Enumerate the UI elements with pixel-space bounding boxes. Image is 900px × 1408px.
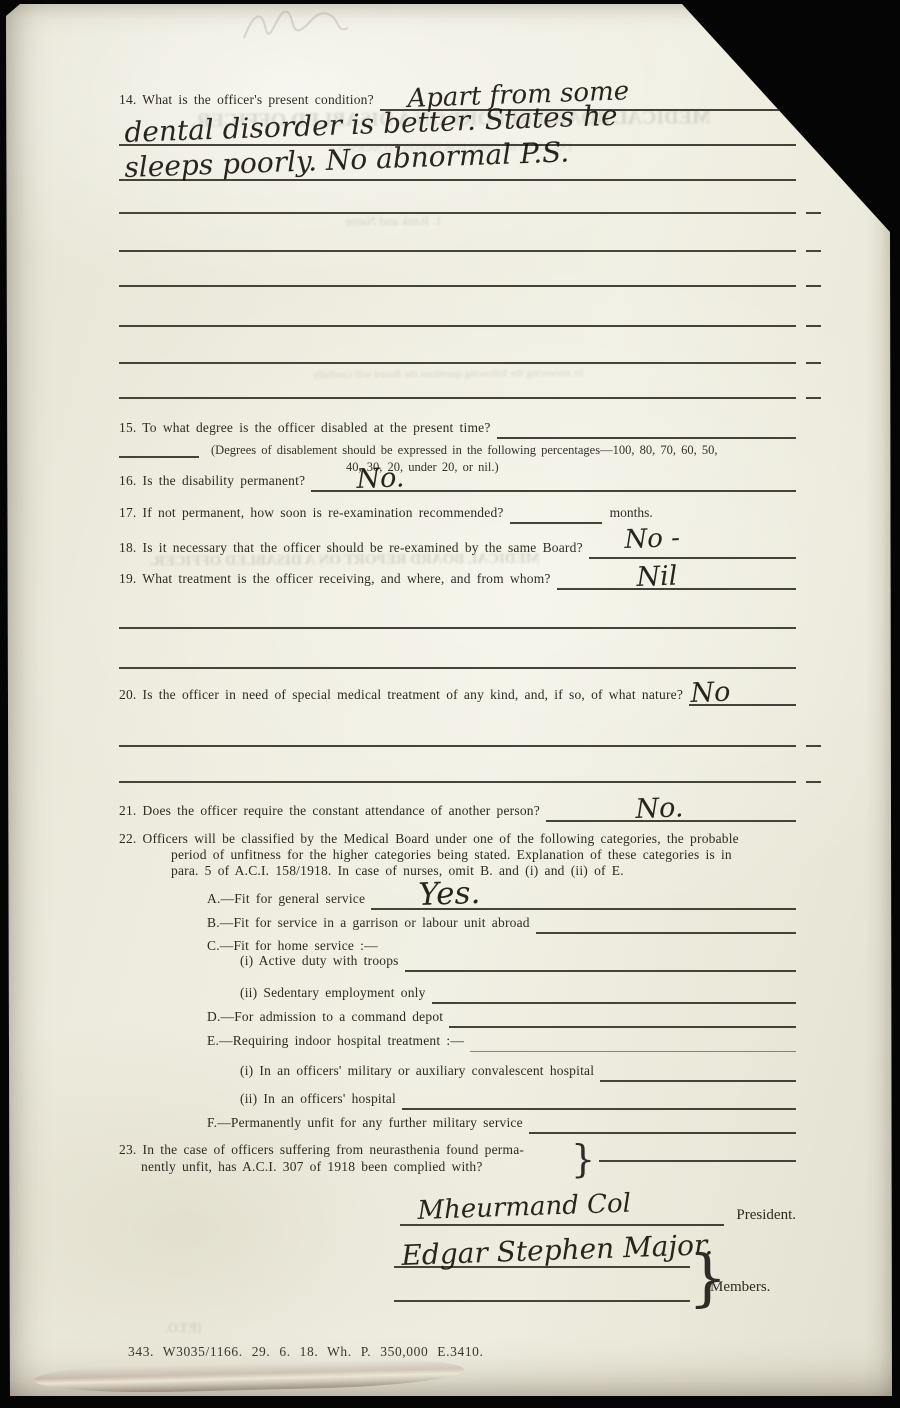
ruled-line-segment — [119, 781, 796, 783]
question-18-label: 18. Is it necessary that the officer sho… — [119, 540, 589, 559]
question-18-answer-line: No - — [589, 553, 796, 559]
category-e1-row: (i) In an officers' military or auxiliar… — [240, 1056, 796, 1082]
question-19-row: 19. What treatment is the officer receiv… — [119, 562, 796, 590]
question-23-row: 23. In the case of officers suffering fr… — [119, 1142, 796, 1178]
question-20-answer-line: No — [689, 700, 796, 706]
question-17-answer-line — [510, 522, 602, 524]
ruled-line-dash — [806, 285, 821, 287]
ruled-line — [119, 757, 821, 783]
ruled-line-segment — [119, 362, 796, 364]
category-c2-row: (ii) Sedentary employment only — [240, 978, 796, 1004]
question-21-answer-line: No. — [546, 816, 796, 822]
ruled-line — [119, 721, 821, 747]
ruled-line-dash — [806, 781, 821, 783]
category-a-row: A.—Fit for general service Yes. — [207, 880, 796, 910]
ruled-line-segment — [119, 285, 796, 287]
ruled-line — [119, 643, 796, 669]
question-21-label: 21. Does the officer require the constan… — [119, 803, 546, 822]
category-b-answer-line — [536, 928, 796, 934]
category-c1-label: (i) Active duty with troops — [240, 953, 405, 972]
question-15-row: 15. To what degree is the officer disabl… — [119, 409, 796, 439]
ruled-line — [119, 301, 821, 327]
member-signature: Edgar Stephen Major. — [401, 1228, 714, 1272]
member-signature-line: Edgar Stephen Major. — [394, 1262, 690, 1268]
question-18-row: 18. Is it necessary that the officer sho… — [119, 531, 796, 559]
ruled-line — [119, 373, 821, 399]
question-20-row: 20. Is the officer in need of special me… — [119, 678, 796, 706]
handwritten-answer-21: No. — [635, 792, 684, 825]
ruled-line-segment — [119, 325, 796, 327]
question-23-line1: 23. In the case of officers suffering fr… — [119, 1142, 567, 1159]
question-16-answer-line: No. — [311, 486, 796, 492]
bleedthrough-text: [P.T.O. — [118, 1320, 248, 1337]
ruled-line-segment — [119, 212, 796, 214]
handwritten-answer-16: No. — [356, 462, 405, 495]
ruled-line-segment — [119, 745, 796, 747]
president-signature: Mheurmand Col — [417, 1189, 632, 1226]
category-d-row: D.—For admission to a command depot — [207, 1002, 796, 1028]
ruled-line-segment — [119, 667, 796, 669]
category-e2-row: (ii) In an officers' hospital — [240, 1084, 796, 1110]
question-23-text: 23. In the case of officers suffering fr… — [119, 1142, 567, 1175]
ruled-line-segment — [119, 456, 199, 458]
ruled-line — [119, 603, 796, 629]
ruled-line-dash — [806, 362, 821, 364]
ruled-line-segment — [119, 397, 796, 399]
category-b-label: B.—Fit for service in a garrison or labo… — [207, 915, 536, 934]
ruled-line-segment — [119, 250, 796, 252]
question-22-line3: para. 5 of A.C.I. 158/1918. In case of n… — [171, 863, 624, 880]
ruled-line — [119, 226, 821, 252]
ruled-line-dash — [806, 745, 821, 747]
category-e1-label: (i) In an officers' military or auxiliar… — [240, 1063, 600, 1082]
president-signature-line: Mheurmand Col — [400, 1220, 724, 1226]
president-signature-row: Mheurmand Col President. — [400, 1184, 796, 1226]
ruled-line-dash — [806, 250, 821, 252]
question-20-label: 20. Is the officer in need of special me… — [119, 687, 689, 706]
question-17-row: 17. If not permanent, how soon is re-exa… — [119, 496, 796, 524]
category-f-answer-line — [529, 1128, 796, 1134]
page-curl — [34, 1355, 465, 1395]
question-14-row3: sleeps poorly. No abnormal P.S. — [119, 149, 796, 181]
category-f-row: F.—Permanently unfit for any further mil… — [207, 1108, 796, 1134]
ruled-line — [119, 261, 821, 287]
member-signature-row: Edgar Stephen Major. — [394, 1230, 690, 1268]
question-19-label: 19. What treatment is the officer receiv… — [119, 571, 557, 590]
ruled-line-dash — [806, 325, 821, 327]
question-19-answer-line: Nil — [557, 584, 796, 590]
question-15-note1: (Degrees of disablement should be expres… — [199, 443, 717, 458]
question-23-answer-line — [599, 1156, 796, 1162]
question-23-brace: } — [571, 1142, 595, 1176]
question-23-line2: nently unfit, has A.C.I. 307 of 1918 bee… — [119, 1159, 567, 1176]
question-17-suffix: months. — [602, 505, 653, 524]
member-signature-row2 — [394, 1274, 690, 1302]
category-f-label: F.—Permanently unfit for any further mil… — [207, 1115, 529, 1134]
ruled-line — [119, 188, 821, 214]
question-22-line1: 22. Officers will be classified by the M… — [119, 831, 739, 848]
handwritten-answer-19: Nil — [636, 561, 678, 593]
member-signature-line — [394, 1296, 690, 1302]
ruled-line-segment — [119, 627, 796, 629]
handwritten-answer-18: No - — [624, 523, 680, 555]
pencil-scribble — [236, 4, 356, 46]
question-22-line2: period of unfitness for the higher categ… — [171, 847, 732, 864]
category-e-label: E.—Requiring indoor hospital treatment :… — [207, 1033, 470, 1052]
question-15-answer-line — [497, 433, 796, 439]
paper-sheet: MEDICAL BOARD REPORT ON A DISABLED OFFIC… — [6, 4, 892, 1396]
president-label: President. — [724, 1206, 796, 1226]
question-16-label: 16. Is the disability permanent? — [119, 473, 311, 492]
category-b-row: B.—Fit for service in a garrison or labo… — [207, 908, 796, 934]
handwritten-answer-20: No — [690, 677, 731, 709]
question-16-row: 16. Is the disability permanent? No. — [119, 462, 796, 492]
question-17-label: 17. If not permanent, how soon is re-exa… — [119, 505, 510, 524]
ruled-line — [119, 338, 821, 364]
category-c1-answer-line — [405, 966, 796, 972]
category-e1-answer-line — [600, 1076, 796, 1082]
category-e-row: E.—Requiring indoor hospital treatment :… — [207, 1026, 796, 1052]
ruled-line-dash — [806, 397, 821, 399]
question-15-label: 15. To what degree is the officer disabl… — [119, 420, 497, 439]
question-21-row: 21. Does the officer require the constan… — [119, 794, 796, 822]
members-label: Members. — [710, 1278, 770, 1296]
ruled-line-dash — [806, 212, 821, 214]
question-15-note-row: (Degrees of disablement should be expres… — [119, 442, 796, 458]
category-c1-row: (i) Active duty with troops — [240, 946, 796, 972]
scanned-document-page: MEDICAL BOARD REPORT ON A DISABLED OFFIC… — [0, 0, 900, 1408]
question-14-answer-line: sleeps poorly. No abnormal P.S. — [119, 175, 796, 181]
category-e-answer-line — [470, 1047, 796, 1052]
